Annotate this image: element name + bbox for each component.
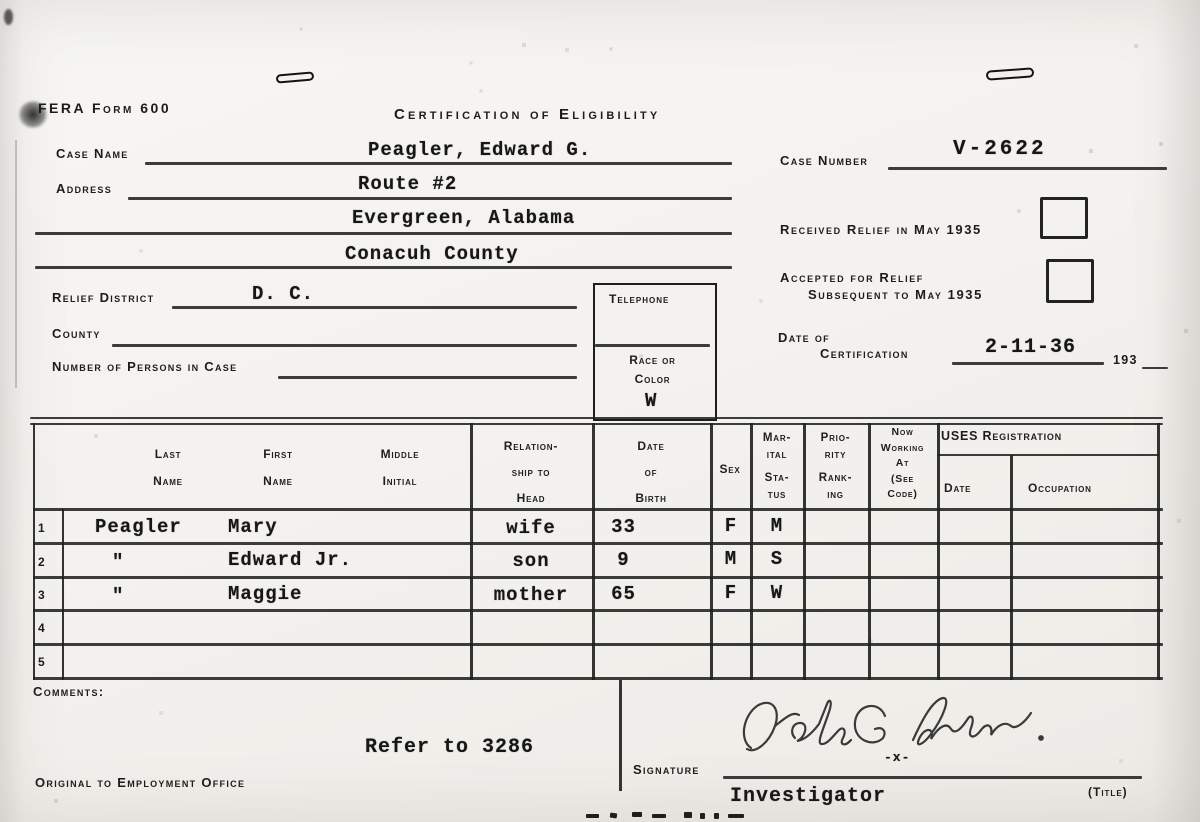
cell-marital: S <box>752 548 802 570</box>
address-line-3 <box>35 266 732 269</box>
accepted-relief-label-line1: Accepted for Relief <box>780 270 924 285</box>
table-top-line-1 <box>30 417 1163 419</box>
scan-speckles <box>0 0 2 2</box>
cell-birth: 65 <box>596 583 651 605</box>
relief-district-label: Relief District <box>52 290 154 305</box>
race-color-label: Race or Color <box>595 351 710 389</box>
address-line-2 <box>35 232 732 235</box>
comments-label: Comments: <box>33 684 104 699</box>
uses-registration-divider <box>937 454 1159 456</box>
cell-last-name: Peagler <box>95 516 182 538</box>
header-relationship: Relation- ship to Head <box>472 433 590 511</box>
cell-relationship: mother <box>472 584 590 606</box>
received-relief-checkbox <box>1040 197 1088 239</box>
case-name-label: Case Name <box>56 146 129 161</box>
county-label: County <box>52 326 101 341</box>
signature-line <box>723 776 1142 779</box>
case-number-line <box>888 167 1167 170</box>
county-line <box>112 344 577 347</box>
accepted-relief-checkbox <box>1046 259 1094 303</box>
date-cert-line <box>952 362 1104 365</box>
header-priority-a: Prio- rity <box>805 430 866 464</box>
address-city-value: Evergreen, Alabama <box>352 207 575 229</box>
cell-marital: W <box>752 582 802 604</box>
date-cert-label-line1: Date of <box>778 330 830 345</box>
header-marital-b: Sta- tus <box>752 470 802 504</box>
header-sex: Sex <box>710 462 750 476</box>
row-number: 5 <box>38 655 46 669</box>
table-left-border <box>33 423 35 680</box>
address-label: Address <box>56 181 112 196</box>
header-middle-initial: Middle Initial <box>345 441 455 495</box>
header-now-working: Now Working At (See Code) <box>870 425 935 503</box>
signature-section-divider <box>619 680 622 791</box>
telephone-race-box: Telephone Race or Color W <box>593 283 717 421</box>
header-date-of-birth: Date of Birth <box>594 433 708 511</box>
date-cert-label-line2: Certification <box>820 346 909 361</box>
cell-birth: 33 <box>596 516 651 538</box>
telephone-box-divider <box>595 344 710 347</box>
row-number: 1 <box>38 521 46 535</box>
table-row-line-2 <box>33 576 1163 579</box>
cell-relationship: wife <box>472 517 590 539</box>
row-number: 4 <box>38 621 46 635</box>
case-number-label: Case Number <box>780 153 868 168</box>
persons-in-case-line <box>278 376 577 379</box>
cell-first-name: Mary <box>228 516 278 538</box>
scan-edge-line <box>15 140 17 388</box>
telephone-label: Telephone <box>609 292 669 306</box>
row-number: 2 <box>38 555 46 569</box>
race-color-value: W <box>645 390 657 412</box>
header-marital-a: Mar- ital <box>752 430 802 464</box>
persons-in-case-label: Number of Persons in Case <box>52 359 237 374</box>
form-title: Certification of Eligibility <box>394 106 660 123</box>
title-label: (Title) <box>1088 785 1128 799</box>
col-divider-occupation <box>1010 455 1013 680</box>
address-value: Route #2 <box>358 173 457 195</box>
case-number-value: V-2622 <box>953 138 1047 161</box>
case-name-value: Peagler, Edward G. <box>368 139 591 161</box>
relief-district-line <box>172 306 577 309</box>
table-row-line-1 <box>33 542 1163 545</box>
date-cert-value: 2-11-36 <box>985 336 1076 359</box>
date-cert-year-line <box>1142 367 1168 369</box>
corner-ink-blot <box>4 9 13 25</box>
address-county-value: Conacuh County <box>345 243 519 265</box>
comments-note: Refer to 3286 <box>365 736 534 759</box>
signature-x-mark: -x- <box>884 750 910 765</box>
table-top-line-2 <box>30 423 1163 425</box>
relief-district-value: D. C. <box>252 283 314 305</box>
table-row-line-4 <box>33 643 1163 646</box>
cell-last-name: " <box>112 585 124 607</box>
accepted-relief-label-line2: Subsequent to May 1935 <box>808 287 983 302</box>
staple-mark-right <box>986 67 1035 80</box>
cell-relationship: son <box>472 550 590 572</box>
table-right-border <box>1157 423 1160 680</box>
row-number: 3 <box>38 588 46 602</box>
cell-marital: M <box>752 515 802 537</box>
header-reg-date: Date <box>944 481 1004 495</box>
signature-label: Signature <box>633 762 700 777</box>
staple-mark-left <box>276 71 315 83</box>
cell-sex: M <box>712 548 750 570</box>
row-number-divider <box>62 509 64 680</box>
cell-birth: 9 <box>596 549 651 571</box>
distribution-note: Original to Employment Office <box>35 775 245 790</box>
cell-last-name: " <box>112 551 124 573</box>
table-bottom-line <box>33 677 1163 680</box>
header-priority-b: Rank- ing <box>805 470 866 504</box>
header-first-name: First Name <box>228 441 328 495</box>
signature-title-value: Investigator <box>730 785 886 808</box>
case-name-line <box>145 162 732 165</box>
cell-first-name: Edward Jr. <box>228 549 352 571</box>
header-occupation: Occupation <box>1028 481 1148 495</box>
form-number: FERA Form 600 <box>38 100 171 116</box>
header-uses-registration: USES Registration <box>941 429 1161 443</box>
cell-first-name: Maggie <box>228 583 302 605</box>
cell-sex: F <box>712 515 750 537</box>
date-cert-year-prefix: 193 <box>1113 353 1138 367</box>
address-line <box>128 197 732 200</box>
scanned-form-fera-600: FERA Form 600 Certification of Eligibili… <box>0 0 1200 822</box>
col-divider-uses <box>937 423 940 680</box>
table-row-line-3 <box>33 609 1163 612</box>
received-relief-label: Received Relief in May 1935 <box>780 222 982 237</box>
cell-sex: F <box>712 582 750 604</box>
header-last-name: Last Name <box>118 441 218 495</box>
